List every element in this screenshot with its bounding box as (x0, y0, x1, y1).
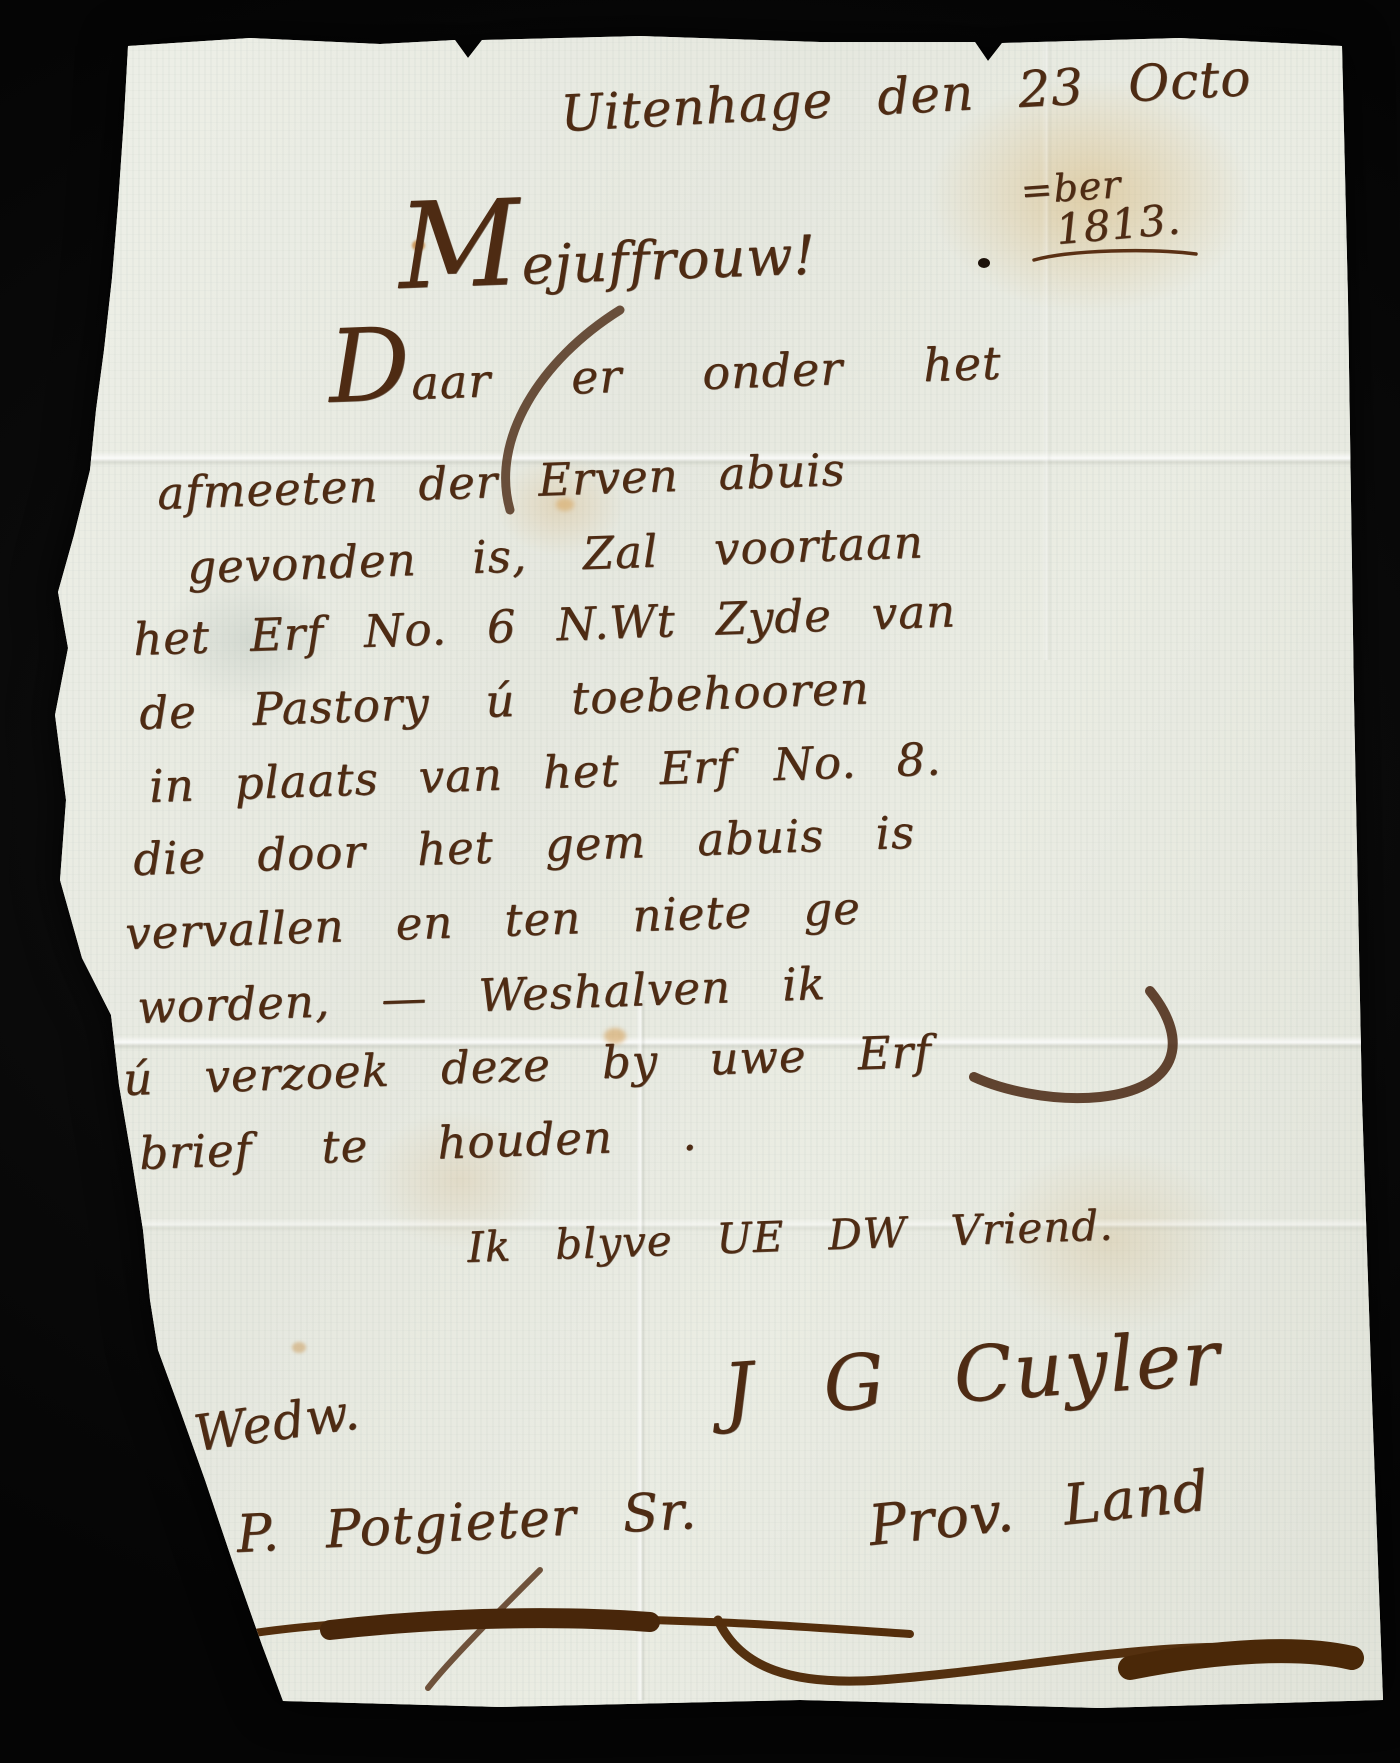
addressee-line-1: Wedw. (191, 1385, 363, 1460)
body-line-3: gevonden is, Zal voortaan (186, 518, 924, 591)
body-line-5: de Pastory ú toebehooren (138, 665, 870, 738)
signature-name: J G Cuyler (720, 1317, 1223, 1431)
body-line-8: vervallen en ten niete ge (124, 884, 861, 957)
dateline-place-date: Uitenhage den 23 Octo (559, 52, 1252, 141)
fox-spot-4 (292, 1342, 306, 1353)
ink-blot (978, 258, 990, 268)
paragraph-end-flourish (960, 985, 1200, 1125)
closing-line: Ik blyve UE DW Vriend. (466, 1203, 1114, 1270)
salutation: Mejuffrouw! (398, 227, 817, 298)
letter-paper-wrapper: Uitenhage den 23 Octo =ber 1813. Mejuffr… (0, 0, 1400, 1763)
fold-crease-vertical-upper (1042, 40, 1052, 660)
body-line-9: worden, — Weshalven ik (136, 960, 826, 1031)
body-line-6: in plaats van het Erf No. 8. (148, 735, 942, 810)
year-underline-flourish (1030, 244, 1200, 268)
addressee-flourish (210, 1560, 930, 1710)
body-line-4: het Erf No. 6 N.Wt Zyde van (132, 587, 956, 663)
signature-title: Prov. Land (866, 1463, 1212, 1557)
addressee-line-2: P. Potgieter Sr. (235, 1484, 698, 1563)
letter-paper: Uitenhage den 23 Octo =ber 1813. Mejuffr… (0, 0, 1400, 1763)
body-line-11: brief te houden . (138, 1111, 698, 1178)
body-line-7: die door het gem abuis is (132, 809, 915, 884)
